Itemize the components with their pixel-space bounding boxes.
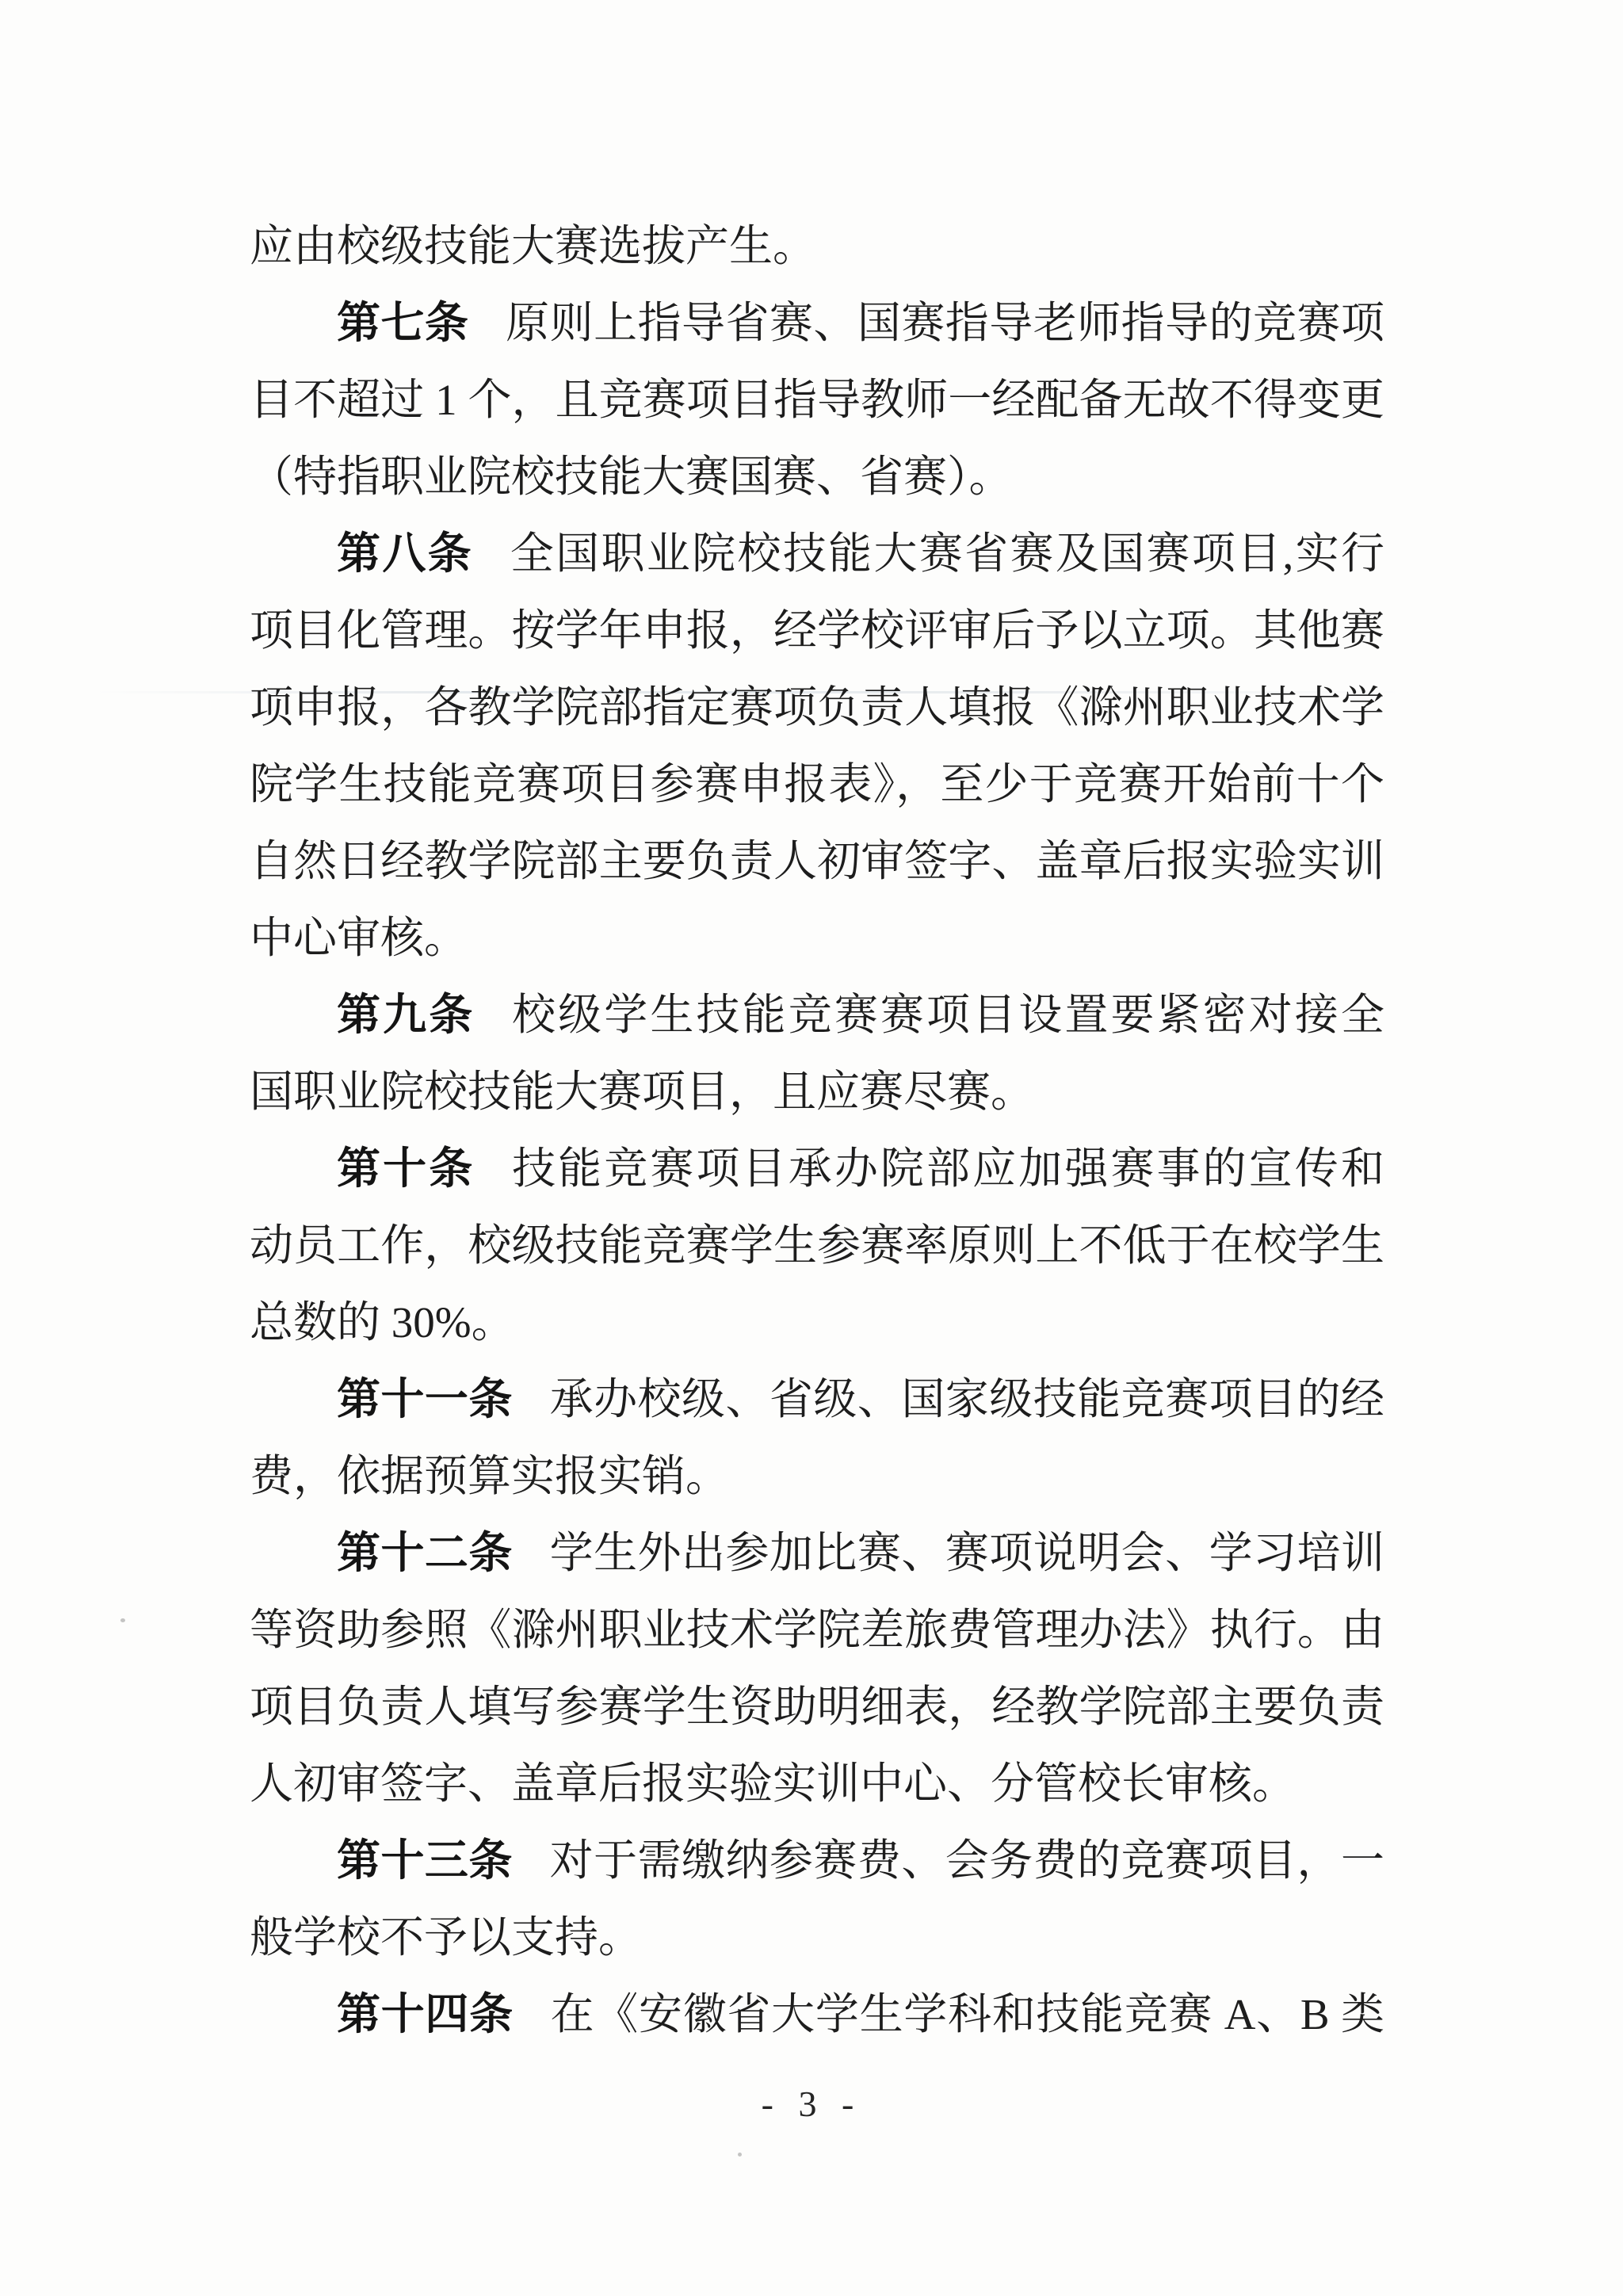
- text-line: （特指职业院校技能大赛国赛、省赛）。: [250, 438, 1384, 515]
- line-text: 技能竞赛项目承办院部应加强赛事的宣传和: [512, 1144, 1384, 1193]
- text-line: 第八条全国职业院校技能大赛省赛及国赛项目,实行: [250, 515, 1384, 592]
- scan-artifact-speck: [738, 2153, 742, 2157]
- text-line: 项目负责人填写参赛学生资助明细表，经教学院部主要负责: [250, 1668, 1384, 1745]
- line-text: 中心审核。: [250, 914, 468, 962]
- article-number-label: 第十一条: [337, 1375, 513, 1423]
- line-text: 人初审签字、盖章后报实验实训中心、分管校长审核。: [250, 1759, 1296, 1808]
- line-text: 校级学生技能竞赛赛项目设置要紧密对接全: [512, 991, 1384, 1039]
- text-line: 第七条原则上指导省赛、国赛指导老师指导的竞赛项: [250, 285, 1384, 361]
- text-line: 总数的 30%。: [250, 1284, 1384, 1361]
- text-line: 费，依据预算实报实销。: [250, 1438, 1384, 1515]
- scanned-document-page: 应由校级技能大赛选拔产生。 第七条原则上指导省赛、国赛指导老师指导的竞赛项 目不…: [0, 0, 1623, 2296]
- line-text: 动员工作，校级技能竞赛学生参赛率原则上不低于在校学生: [250, 1221, 1384, 1270]
- text-line: 动员工作，校级技能竞赛学生参赛率原则上不低于在校学生: [250, 1207, 1384, 1284]
- line-text: 等资助参照《滁州职业技术学院差旅费管理办法》执行。由: [250, 1606, 1384, 1654]
- text-line: 等资助参照《滁州职业技术学院差旅费管理办法》执行。由: [250, 1591, 1384, 1668]
- article-number-label: 第七条: [337, 299, 468, 347]
- text-line: 应由校级技能大赛选拔产生。: [250, 208, 1384, 285]
- scan-artifact-speck: [120, 1618, 125, 1622]
- article-number-label: 第九条: [337, 991, 475, 1039]
- line-text: 院学生技能竞赛项目参赛申报表》，至少于竞赛开始前十个: [250, 760, 1384, 808]
- line-text: 项目负责人填写参赛学生资助明细表，经教学院部主要负责: [250, 1683, 1384, 1731]
- text-line: 国职业院校技能大赛项目，且应赛尽赛。: [250, 1053, 1384, 1130]
- line-text: 国职业院校技能大赛项目，且应赛尽赛。: [250, 1068, 1034, 1116]
- line-text: 应由校级技能大赛选拔产生。: [250, 222, 816, 270]
- line-text: 在《安徽省大学生学科和技能竞赛 A、B 类: [551, 1990, 1384, 2038]
- text-line: 第十四条在《安徽省大学生学科和技能竞赛 A、B 类: [250, 1976, 1384, 2053]
- line-text: 全国职业院校技能大赛省赛及国赛项目,实行: [510, 529, 1384, 578]
- article-number-label: 第八条: [337, 529, 473, 578]
- text-line: 人初审签字、盖章后报实验实训中心、分管校长审核。: [250, 1745, 1384, 1822]
- article-number-label: 第十二条: [337, 1529, 513, 1577]
- line-text: 学生外出参加比赛、赛项说明会、学习培训: [550, 1529, 1384, 1577]
- line-text: 目不超过 1 个，且竞赛项目指导教师一经配备无故不得变更: [250, 376, 1384, 424]
- text-line: 项申报，各教学院部指定赛项负责人填报《滁州职业技术学: [250, 669, 1384, 746]
- line-text: 项申报，各教学院部指定赛项负责人填报《滁州职业技术学: [250, 683, 1384, 732]
- page-number: - 3 -: [0, 2065, 1623, 2142]
- line-text: 项目化管理。按学年申报，经学校评审后予以立项。其他赛: [250, 606, 1384, 655]
- line-text: 费，依据预算实报实销。: [250, 1452, 729, 1500]
- line-text: 原则上指导省赛、国赛指导老师指导的竞赛项: [506, 299, 1384, 347]
- line-text: 对于需缴纳参赛费、会务费的竞赛项目，一: [550, 1836, 1384, 1885]
- line-text: 承办校级、省级、国家级技能竞赛项目的经: [550, 1375, 1384, 1423]
- line-text: （特指职业院校技能大赛国赛、省赛）。: [250, 453, 1013, 501]
- text-line: 般学校不予以支持。: [250, 1899, 1384, 1976]
- article-number-label: 第十四条: [337, 1990, 514, 2038]
- line-text: 总数的 30%。: [250, 1298, 515, 1347]
- text-line: 院学生技能竞赛项目参赛申报表》，至少于竞赛开始前十个: [250, 746, 1384, 823]
- text-line: 第十三条对于需缴纳参赛费、会务费的竞赛项目，一: [250, 1822, 1384, 1899]
- article-number-label: 第十三条: [337, 1836, 513, 1885]
- article-number-label: 第十条: [337, 1144, 475, 1193]
- text-line: 项目化管理。按学年申报，经学校评审后予以立项。其他赛: [250, 592, 1384, 669]
- text-line: 第十一条承办校级、省级、国家级技能竞赛项目的经: [250, 1361, 1384, 1438]
- text-line: 自然日经教学院部主要负责人初审签字、盖章后报实验实训: [250, 823, 1384, 900]
- text-line: 目不超过 1 个，且竞赛项目指导教师一经配备无故不得变更: [250, 361, 1384, 438]
- text-line: 第十二条学生外出参加比赛、赛项说明会、学习培训: [250, 1515, 1384, 1591]
- line-text: 自然日经教学院部主要负责人初审签字、盖章后报实验实训: [250, 837, 1384, 885]
- text-line: 中心审核。: [250, 900, 1384, 976]
- text-line: 第十条技能竞赛项目承办院部应加强赛事的宣传和: [250, 1130, 1384, 1207]
- line-text: 般学校不予以支持。: [250, 1913, 642, 1962]
- document-text-block: 应由校级技能大赛选拔产生。 第七条原则上指导省赛、国赛指导老师指导的竞赛项 目不…: [250, 208, 1384, 2053]
- text-line: 第九条校级学生技能竞赛赛项目设置要紧密对接全: [250, 976, 1384, 1053]
